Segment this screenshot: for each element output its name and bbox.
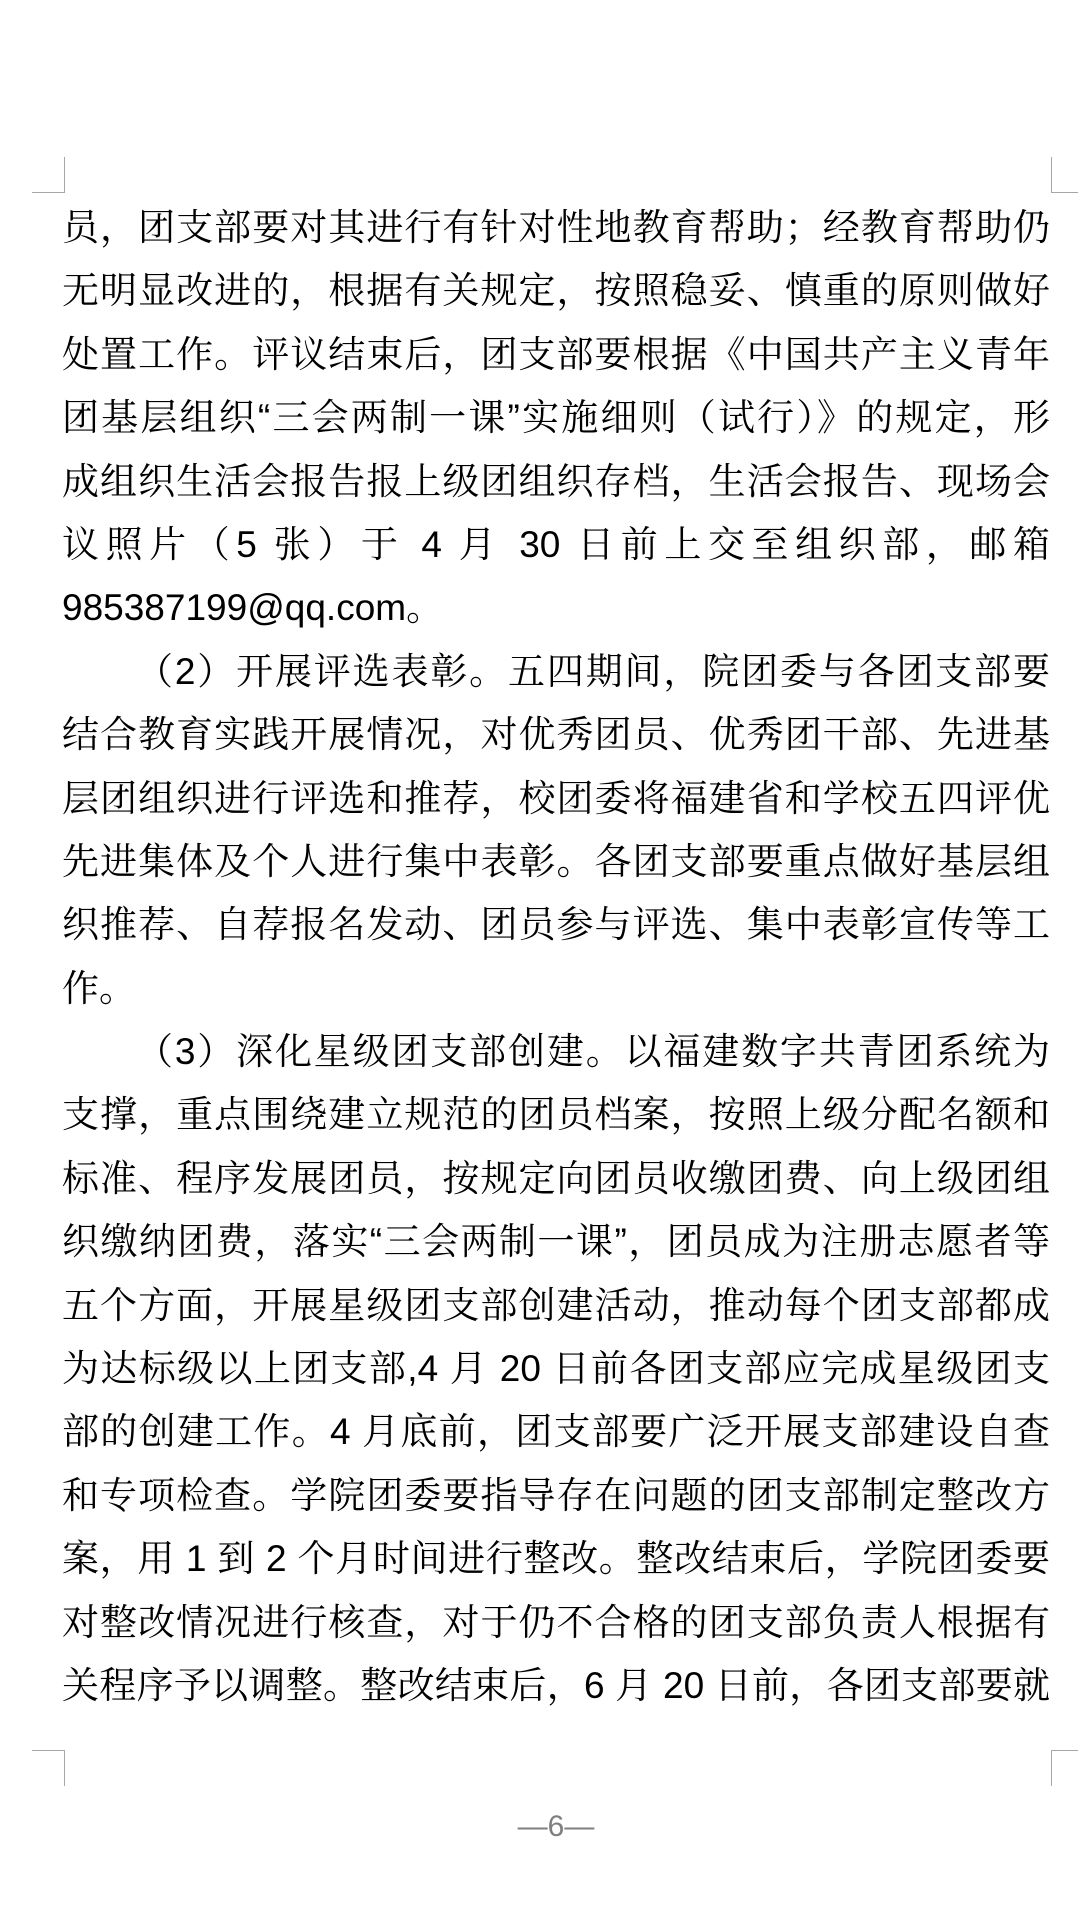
text-line: 五个方面，开展星级团支部创建活动，推动每个团支部都成 [62,1274,1050,1337]
text-line-paragraph-3-start: （3）深化星级团支部创建。以福建数字共青团系统为 [62,1020,1050,1083]
text-boundary-mark-top-left [32,157,65,193]
text-line: 织缴纳团费，落实“三会两制一课”，团员成为注册志愿者等 [62,1210,1050,1273]
text-line: 标准、程序发展团员，按规定向团员收缴团费、向上级团组 [62,1147,1050,1210]
text-line: 为达标级以上团支部,4 月 20 日前各团支部应完成星级团支 [62,1337,1050,1400]
text-line: 结合教育实践开展情况，对优秀团员、优秀团干部、先进基 [62,703,1050,766]
text-boundary-mark-bottom-left [32,1750,65,1786]
text-line: 层团组织进行评选和推荐，校团委将福建省和学校五四评优 [62,767,1050,830]
text-line: 支撑，重点围绕建立规范的团员档案，按照上级分配名额和 [62,1083,1050,1146]
text-line: 关程序予以调整。整改结束后，6 月 20 日前，各团支部要就 [62,1654,1050,1717]
text-line: 处置工作。评议结束后，团支部要根据《中国共产主义青年 [62,323,1050,386]
document-body: 员，团支部要对其进行有针对性地教育帮助；经教育帮助仍 无明显改进的，根据有关规定… [62,196,1050,1717]
text-boundary-mark-top-right [1051,157,1078,193]
text-line-email: 985387199@qq.com。 [62,576,1050,639]
text-line: 对整改情况进行核查，对于仍不合格的团支部负责人根据有 [62,1591,1050,1654]
text-line: 先进集体及个人进行集中表彰。各团支部要重点做好基层组 [62,830,1050,893]
text-line: 团基层组织“三会两制一课”实施细则（试行）》的规定，形 [62,386,1050,449]
text-line: 员，团支部要对其进行有针对性地教育帮助；经教育帮助仍 [62,196,1050,259]
text-boundary-mark-bottom-right [1051,1750,1078,1786]
text-line: 无明显改进的，根据有关规定，按照稳妥、慎重的原则做好 [62,259,1050,322]
document-page: 员，团支部要对其进行有针对性地教育帮助；经教育帮助仍 无明显改进的，根据有关规定… [0,0,1080,1920]
text-line: 议照片（5 张）于 4 月 30 日前上交至组织部，邮箱 [62,513,1050,576]
text-line: 部的创建工作。4 月底前，团支部要广泛开展支部建设自查 [62,1400,1050,1463]
text-line: 和专项检查。学院团委要指导存在问题的团支部制定整改方 [62,1464,1050,1527]
text-line: 织推荐、自荐报名发动、团员参与评选、集中表彰宣传等工 [62,893,1050,956]
text-line: 作。 [62,957,1050,1020]
text-line: 成组织生活会报告报上级团组织存档，生活会报告、现场会 [62,450,1050,513]
text-line-paragraph-2-start: （2）开展评选表彰。五四期间，院团委与各团支部要 [62,640,1050,703]
text-line: 案，用 1 到 2 个月时间进行整改。整改结束后，学院团委要 [62,1527,1050,1590]
page-number: —6— [62,1810,1050,1844]
